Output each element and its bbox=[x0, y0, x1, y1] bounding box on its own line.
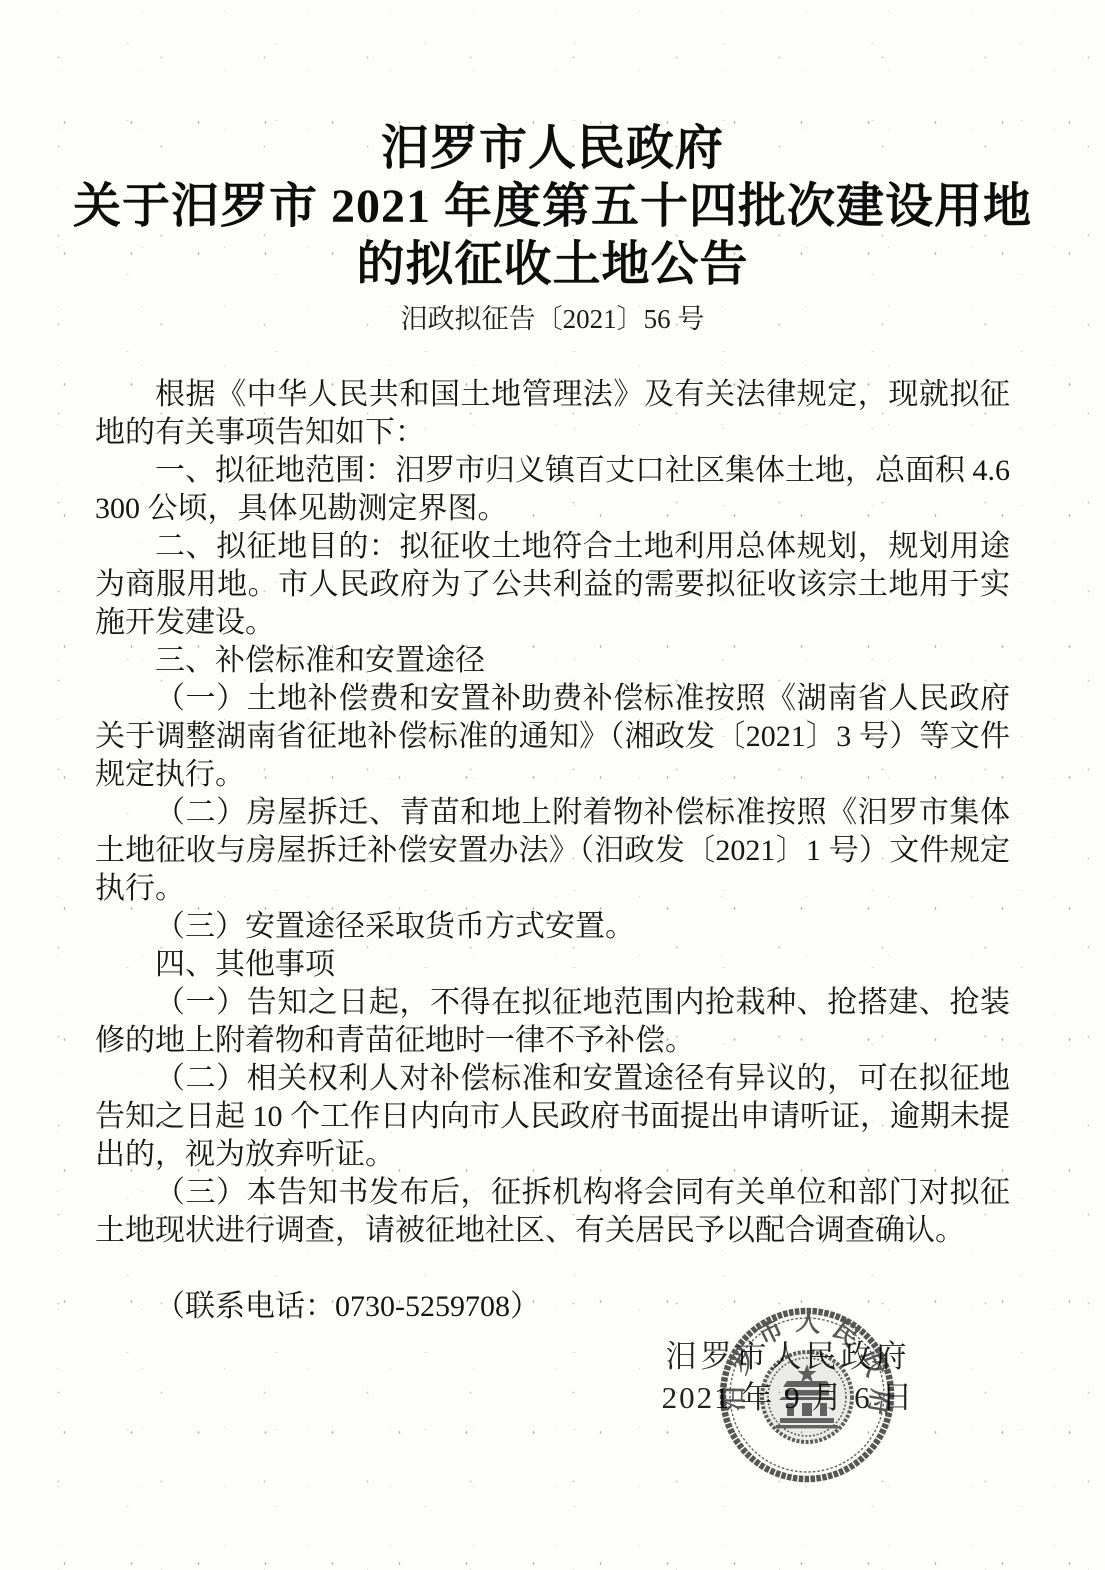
document-body: 根据《中华人民共和国土地管理法》及有关法律规定，现就拟征地的有关事项告知如下： … bbox=[95, 376, 1010, 1250]
title-line-2: 关于汨罗市 2021 年度第五十四批次建设用地 bbox=[48, 178, 1057, 236]
paragraph-compensation-3: （三）安置途径采取货币方式安置。 bbox=[95, 908, 1010, 946]
paragraph-compensation-1: （一）土地补偿费和安置补助费补偿标准按照《湖南省人民政府关于调整湖南省征地补偿标… bbox=[95, 680, 1010, 794]
title-line-3: 的拟征收土地公告 bbox=[48, 236, 1057, 294]
paragraph-compensation-2: （二）房屋拆迁、青苗和地上附着物补偿标准按照《汨罗市集体土地征收与房屋拆迁补偿安… bbox=[95, 794, 1010, 908]
paragraph-other-2: （二）相关权利人对补偿标准和安置途径有异议的，可在拟征地告知之日起 10 个工作… bbox=[95, 1060, 1010, 1174]
paragraph-compensation-heading: 三、补偿标准和安置途径 bbox=[95, 642, 1010, 680]
document-header: 汨罗市人民政府 关于汨罗市 2021 年度第五十四批次建设用地 的拟征收土地公告… bbox=[48, 120, 1057, 336]
paragraph-intro: 根据《中华人民共和国土地管理法》及有关法律规定，现就拟征地的有关事项告知如下： bbox=[95, 376, 1010, 452]
paragraph-other-3: （三）本告知书发布后，征拆机构将会同有关单位和部门对拟征土地现状进行调查，请被征… bbox=[95, 1174, 1010, 1250]
paragraph-other-heading: 四、其他事项 bbox=[95, 946, 1010, 984]
official-seal: 汨罗市人民政府 bbox=[717, 1305, 897, 1485]
paragraph-purpose: 二、拟征地目的：拟征收土地符合土地利用总体规划，规划用途为商服用地。市人民政府为… bbox=[95, 528, 1010, 642]
paragraph-scope: 一、拟征地范围：汨罗市归义镇百丈口社区集体土地，总面积 4.6300 公顷，具体… bbox=[95, 452, 1010, 528]
title-line-1: 汨罗市人民政府 bbox=[48, 120, 1057, 178]
paragraph-other-1: （一）告知之日起，不得在拟征地范围内抢栽种、抢搭建、抢装修的地上附着物和青苗征地… bbox=[95, 984, 1010, 1060]
seal-emblem bbox=[762, 1352, 852, 1442]
scanned-notice-page: { "title": { "line1": "汨罗市人民政府", "line2"… bbox=[0, 0, 1105, 1570]
document-number: 汨政拟征告〔2021〕56 号 bbox=[48, 302, 1057, 336]
